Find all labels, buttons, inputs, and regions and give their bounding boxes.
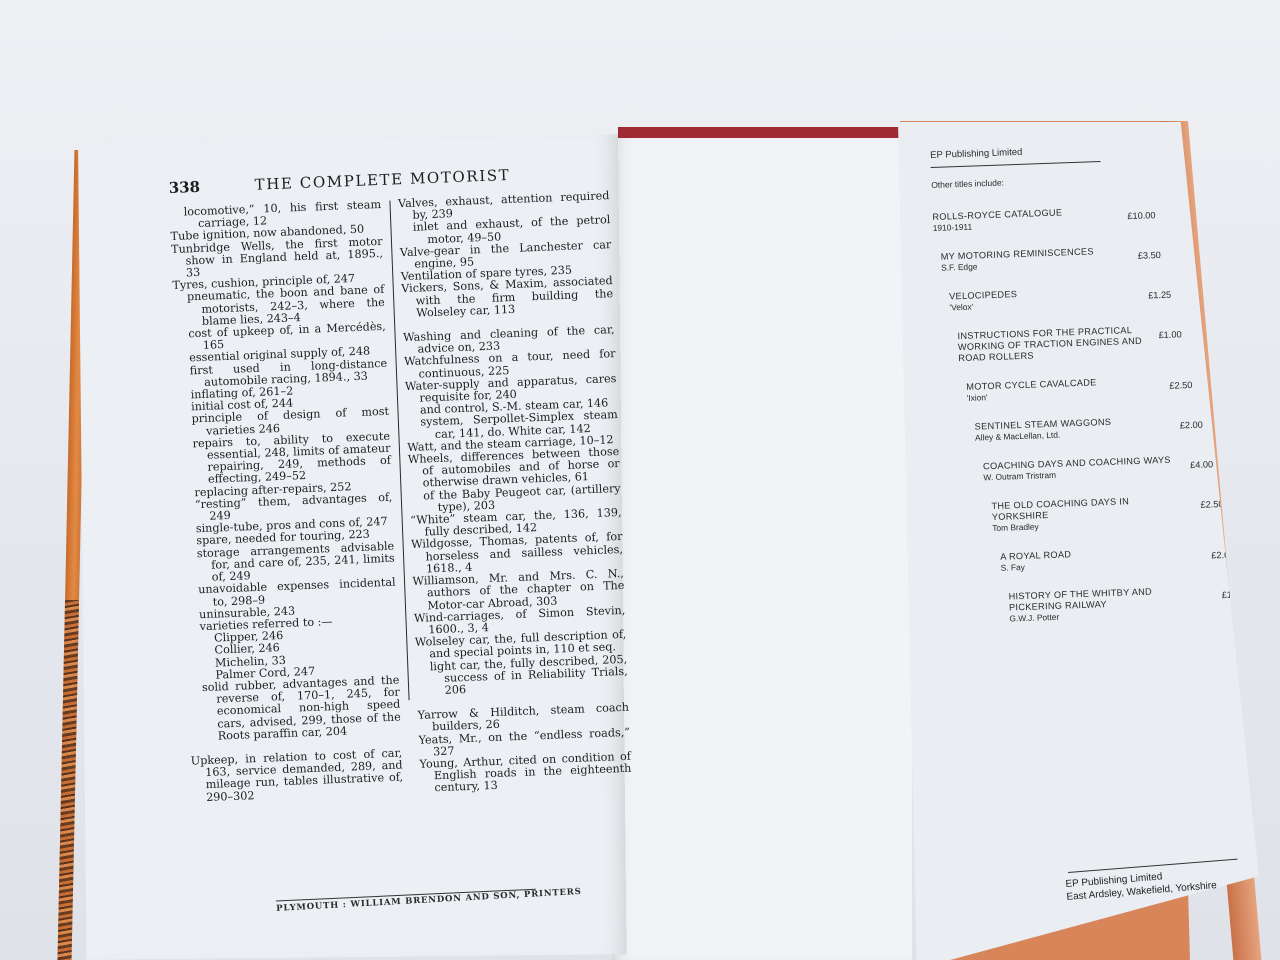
index-column-right: Valves, exhaust, attention required by, … (390, 190, 632, 796)
book-price: £2.50 (1169, 380, 1192, 392)
book-price: £10.00 (1127, 210, 1155, 222)
index-column-left: locomotive,” 10, his first steam carriag… (169, 199, 411, 805)
book-price: £1.00 (1158, 329, 1181, 341)
book-price: £4.00 (1190, 459, 1213, 471)
page-number: 338 (168, 177, 215, 197)
title-entry: ROLLS-ROYCE CATALOGUE1910-1911£10.00 (932, 201, 1233, 233)
flap-rule (931, 161, 1101, 168)
title-entry: MY MOTORING REMINISCENCESS.F. Edge£3.50 (941, 241, 1235, 273)
book-price: £1.25 (1148, 290, 1171, 302)
title-entry: THE OLD COACHING DAYS IN YORKSHIRETom Br… (991, 492, 1243, 534)
title-entry: COACHING DAYS AND COACHING WAYSW. Outram… (983, 452, 1242, 483)
running-title: THE COMPLETE MOTORIST (254, 166, 510, 194)
book-price: £3.50 (1138, 250, 1161, 262)
title-entry: HISTORY OF THE WHITBY AND PICKERING RAIL… (1008, 583, 1246, 624)
index-entry: Young, Arthur, cited on condition of Eng… (419, 751, 632, 796)
index-columns: locomotive,” 10, his first steam carriag… (169, 190, 632, 804)
book-title: INSTRUCTIONS FOR THE PRACTICAL WORKING O… (957, 325, 1148, 365)
title-entry: MOTOR CYCLE CAVALCADE'Ixion'£2.50 (966, 372, 1239, 403)
title-entry: INSTRUCTIONS FOR THE PRACTICAL WORKING O… (957, 321, 1237, 364)
title-entry: VELOCIPEDES'Velox'£1.25 (949, 281, 1236, 313)
printer-imprint: PLYMOUTH : WILLIAM BRENDON AND SON, PRIN… (276, 887, 582, 914)
endpaper-page (612, 138, 912, 960)
index-entry: Upkeep, in relation to cost of car, 163,… (191, 747, 404, 804)
index-entry: Vickers, Sons, & Maxim, associated with … (401, 276, 614, 321)
title-entry: SENTINEL STEAM WAGGONSAlley & MacLellan,… (975, 412, 1241, 443)
index-entry: light car, the, fully described, 205, su… (416, 653, 629, 698)
page-content: 338 THE COMPLETE MOTORIST locomotive,” 1… (168, 162, 632, 804)
index-entry: solid rubber, advantages and the reverse… (188, 674, 402, 743)
index-page: 338 THE COMPLETE MOTORIST locomotive,” 1… (78, 134, 627, 960)
index-entry: repairs to, ability to execute essential… (178, 431, 391, 488)
book-price: £2.00 (1180, 420, 1203, 432)
title-entry: A ROYAL ROADS. Fay£2.00 (1000, 543, 1245, 574)
